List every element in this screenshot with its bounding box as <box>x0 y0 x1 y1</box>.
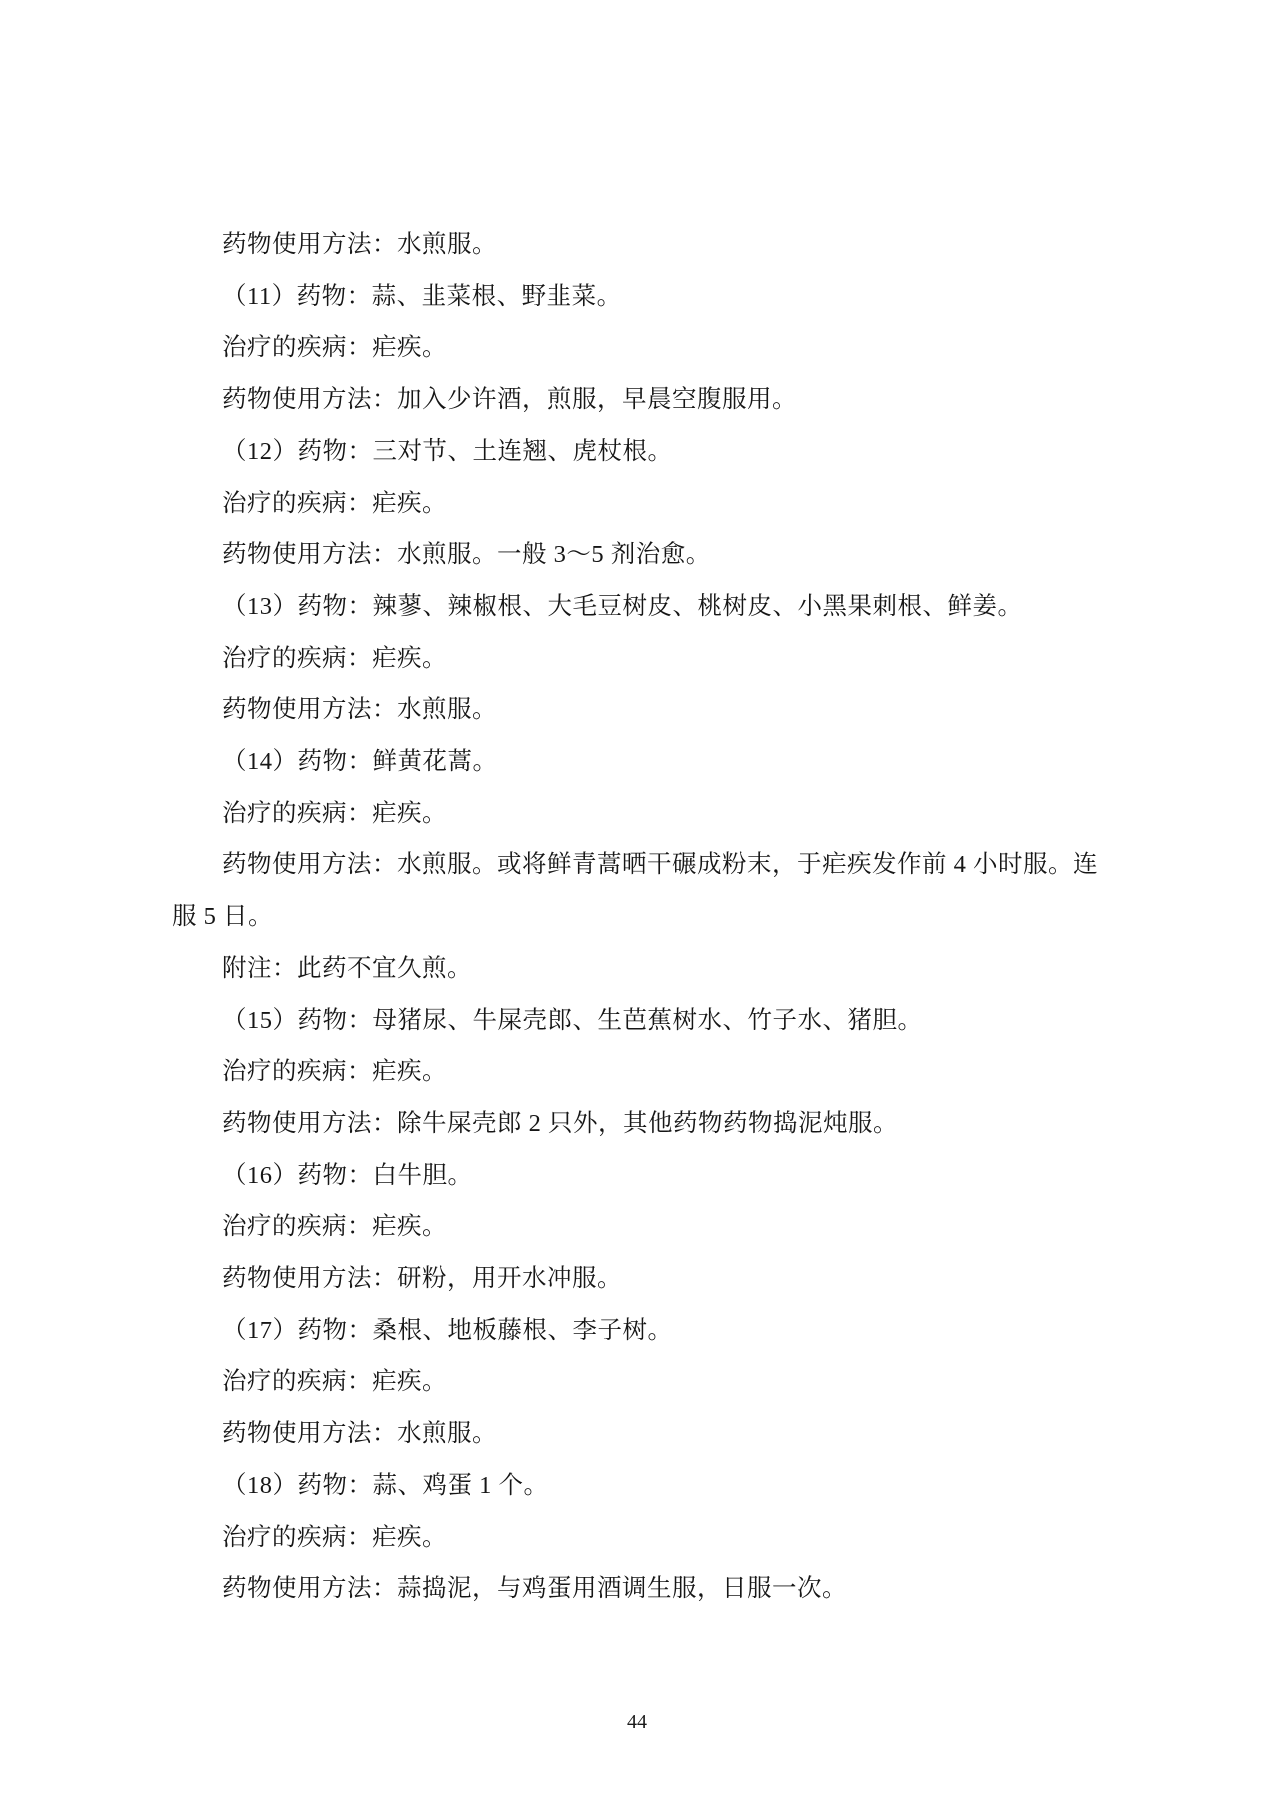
paragraph-line: 药物使用方法：研粉，用开水冲服。 <box>172 1253 1106 1305</box>
document-body: 药物使用方法：水煎服。（11）药物：蒜、韭菜根、野韭菜。治疗的疾病：疟疾。药物使… <box>172 219 1106 1615</box>
paragraph-line: 治疗的疾病：疟疾。 <box>172 322 1106 374</box>
paragraph-line: （16）药物：白牛胆。 <box>172 1150 1106 1202</box>
paragraph-line: 治疗的疾病：疟疾。 <box>172 1201 1106 1253</box>
paragraph-line: （18）药物：蒜、鸡蛋 1 个。 <box>172 1460 1106 1512</box>
paragraph-line: （17）药物：桑根、地板藤根、李子树。 <box>172 1305 1106 1357</box>
paragraph-line: （14）药物：鲜黄花蒿。 <box>172 736 1106 788</box>
paragraph-line: 药物使用方法：水煎服。或将鲜青蒿晒干碾成粉末，于疟疾发作前 4 小时服。连 <box>172 839 1106 891</box>
paragraph-line: （15）药物：母猪尿、牛屎壳郎、生芭蕉树水、竹子水、猪胆。 <box>172 995 1106 1047</box>
paragraph-line: 治疗的疾病：疟疾。 <box>172 1512 1106 1564</box>
paragraph-line: 治疗的疾病：疟疾。 <box>172 1356 1106 1408</box>
paragraph-line: 药物使用方法：除牛屎壳郎 2 只外，其他药物药物捣泥炖服。 <box>172 1098 1106 1150</box>
paragraph-line: 治疗的疾病：疟疾。 <box>172 788 1106 840</box>
paragraph-line: 服 5 日。 <box>172 891 1106 943</box>
paragraph-line: （13）药物：辣蓼、辣椒根、大毛豆树皮、桃树皮、小黑果刺根、鲜姜。 <box>172 581 1106 633</box>
paragraph-line: 药物使用方法：蒜捣泥，与鸡蛋用酒调生服，日服一次。 <box>172 1563 1106 1615</box>
paragraph-line: 药物使用方法：水煎服。 <box>172 219 1106 271</box>
paragraph-line: 治疗的疾病：疟疾。 <box>172 633 1106 685</box>
paragraph-line: 药物使用方法：水煎服。 <box>172 684 1106 736</box>
paragraph-line: 药物使用方法：加入少许酒，煎服，早晨空腹服用。 <box>172 374 1106 426</box>
paragraph-line: （11）药物：蒜、韭菜根、野韭菜。 <box>172 271 1106 323</box>
page-number: 44 <box>0 1708 1274 1736</box>
document-page: 药物使用方法：水煎服。（11）药物：蒜、韭菜根、野韭菜。治疗的疾病：疟疾。药物使… <box>0 0 1274 1801</box>
paragraph-line: 药物使用方法：水煎服。 <box>172 1408 1106 1460</box>
paragraph-line: 治疗的疾病：疟疾。 <box>172 478 1106 530</box>
paragraph-line: 药物使用方法：水煎服。一般 3～5 剂治愈。 <box>172 529 1106 581</box>
paragraph-line: （12）药物：三对节、土连翘、虎杖根。 <box>172 426 1106 478</box>
paragraph-line: 附注：此药不宜久煎。 <box>172 943 1106 995</box>
paragraph-line: 治疗的疾病：疟疾。 <box>172 1046 1106 1098</box>
